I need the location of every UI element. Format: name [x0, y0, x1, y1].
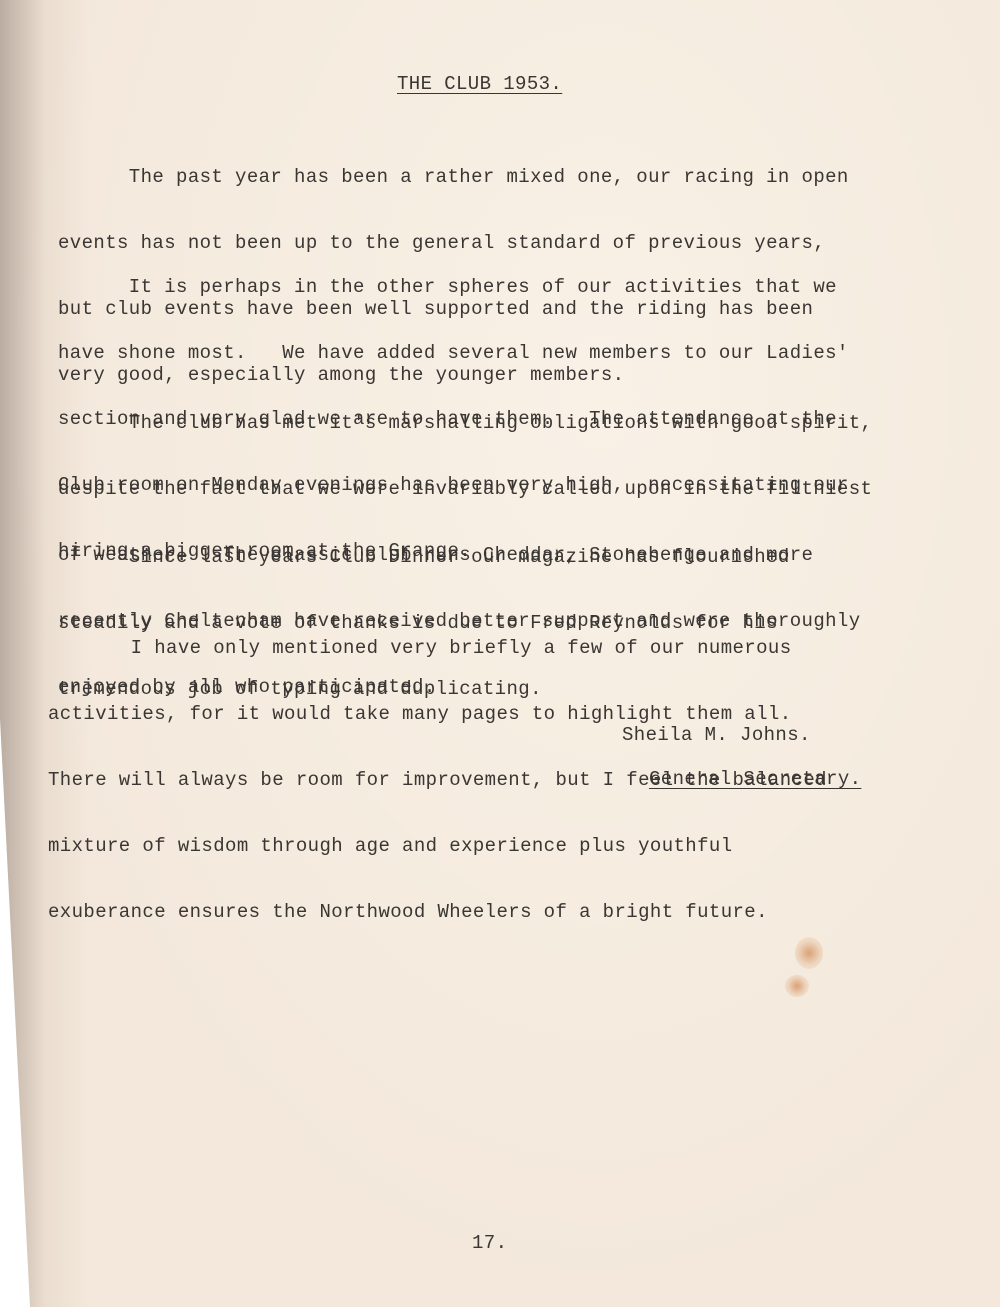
page-title: THE CLUB 1953.	[397, 73, 562, 95]
text-line: have shone most. We have added several n…	[58, 342, 978, 364]
text-line: activities, for it would take many pages…	[48, 703, 968, 725]
signature-name: Sheila M. Johns.	[622, 724, 811, 746]
text-line: mixture of wisdom through age and experi…	[48, 835, 968, 857]
page-number: 17.	[472, 1232, 507, 1254]
text-line: despite the fact that we were invariably…	[58, 478, 978, 500]
document-page: THE CLUB 1953. The past year has been a …	[0, 0, 1000, 1307]
text-line: Since last years Club Dinner our magazin…	[58, 546, 978, 568]
paper-stain	[785, 975, 809, 997]
text-line: It is perhaps in the other spheres of ou…	[58, 276, 978, 298]
text-line: The club has met it's marshalling obliga…	[58, 412, 978, 434]
text-line: exuberance ensures the Northwood Wheeler…	[48, 901, 968, 923]
signature-role: General Secretary.	[649, 768, 861, 790]
text-line: The past year has been a rather mixed on…	[58, 166, 978, 188]
text-line: I have only mentioned very briefly a few…	[48, 637, 968, 659]
